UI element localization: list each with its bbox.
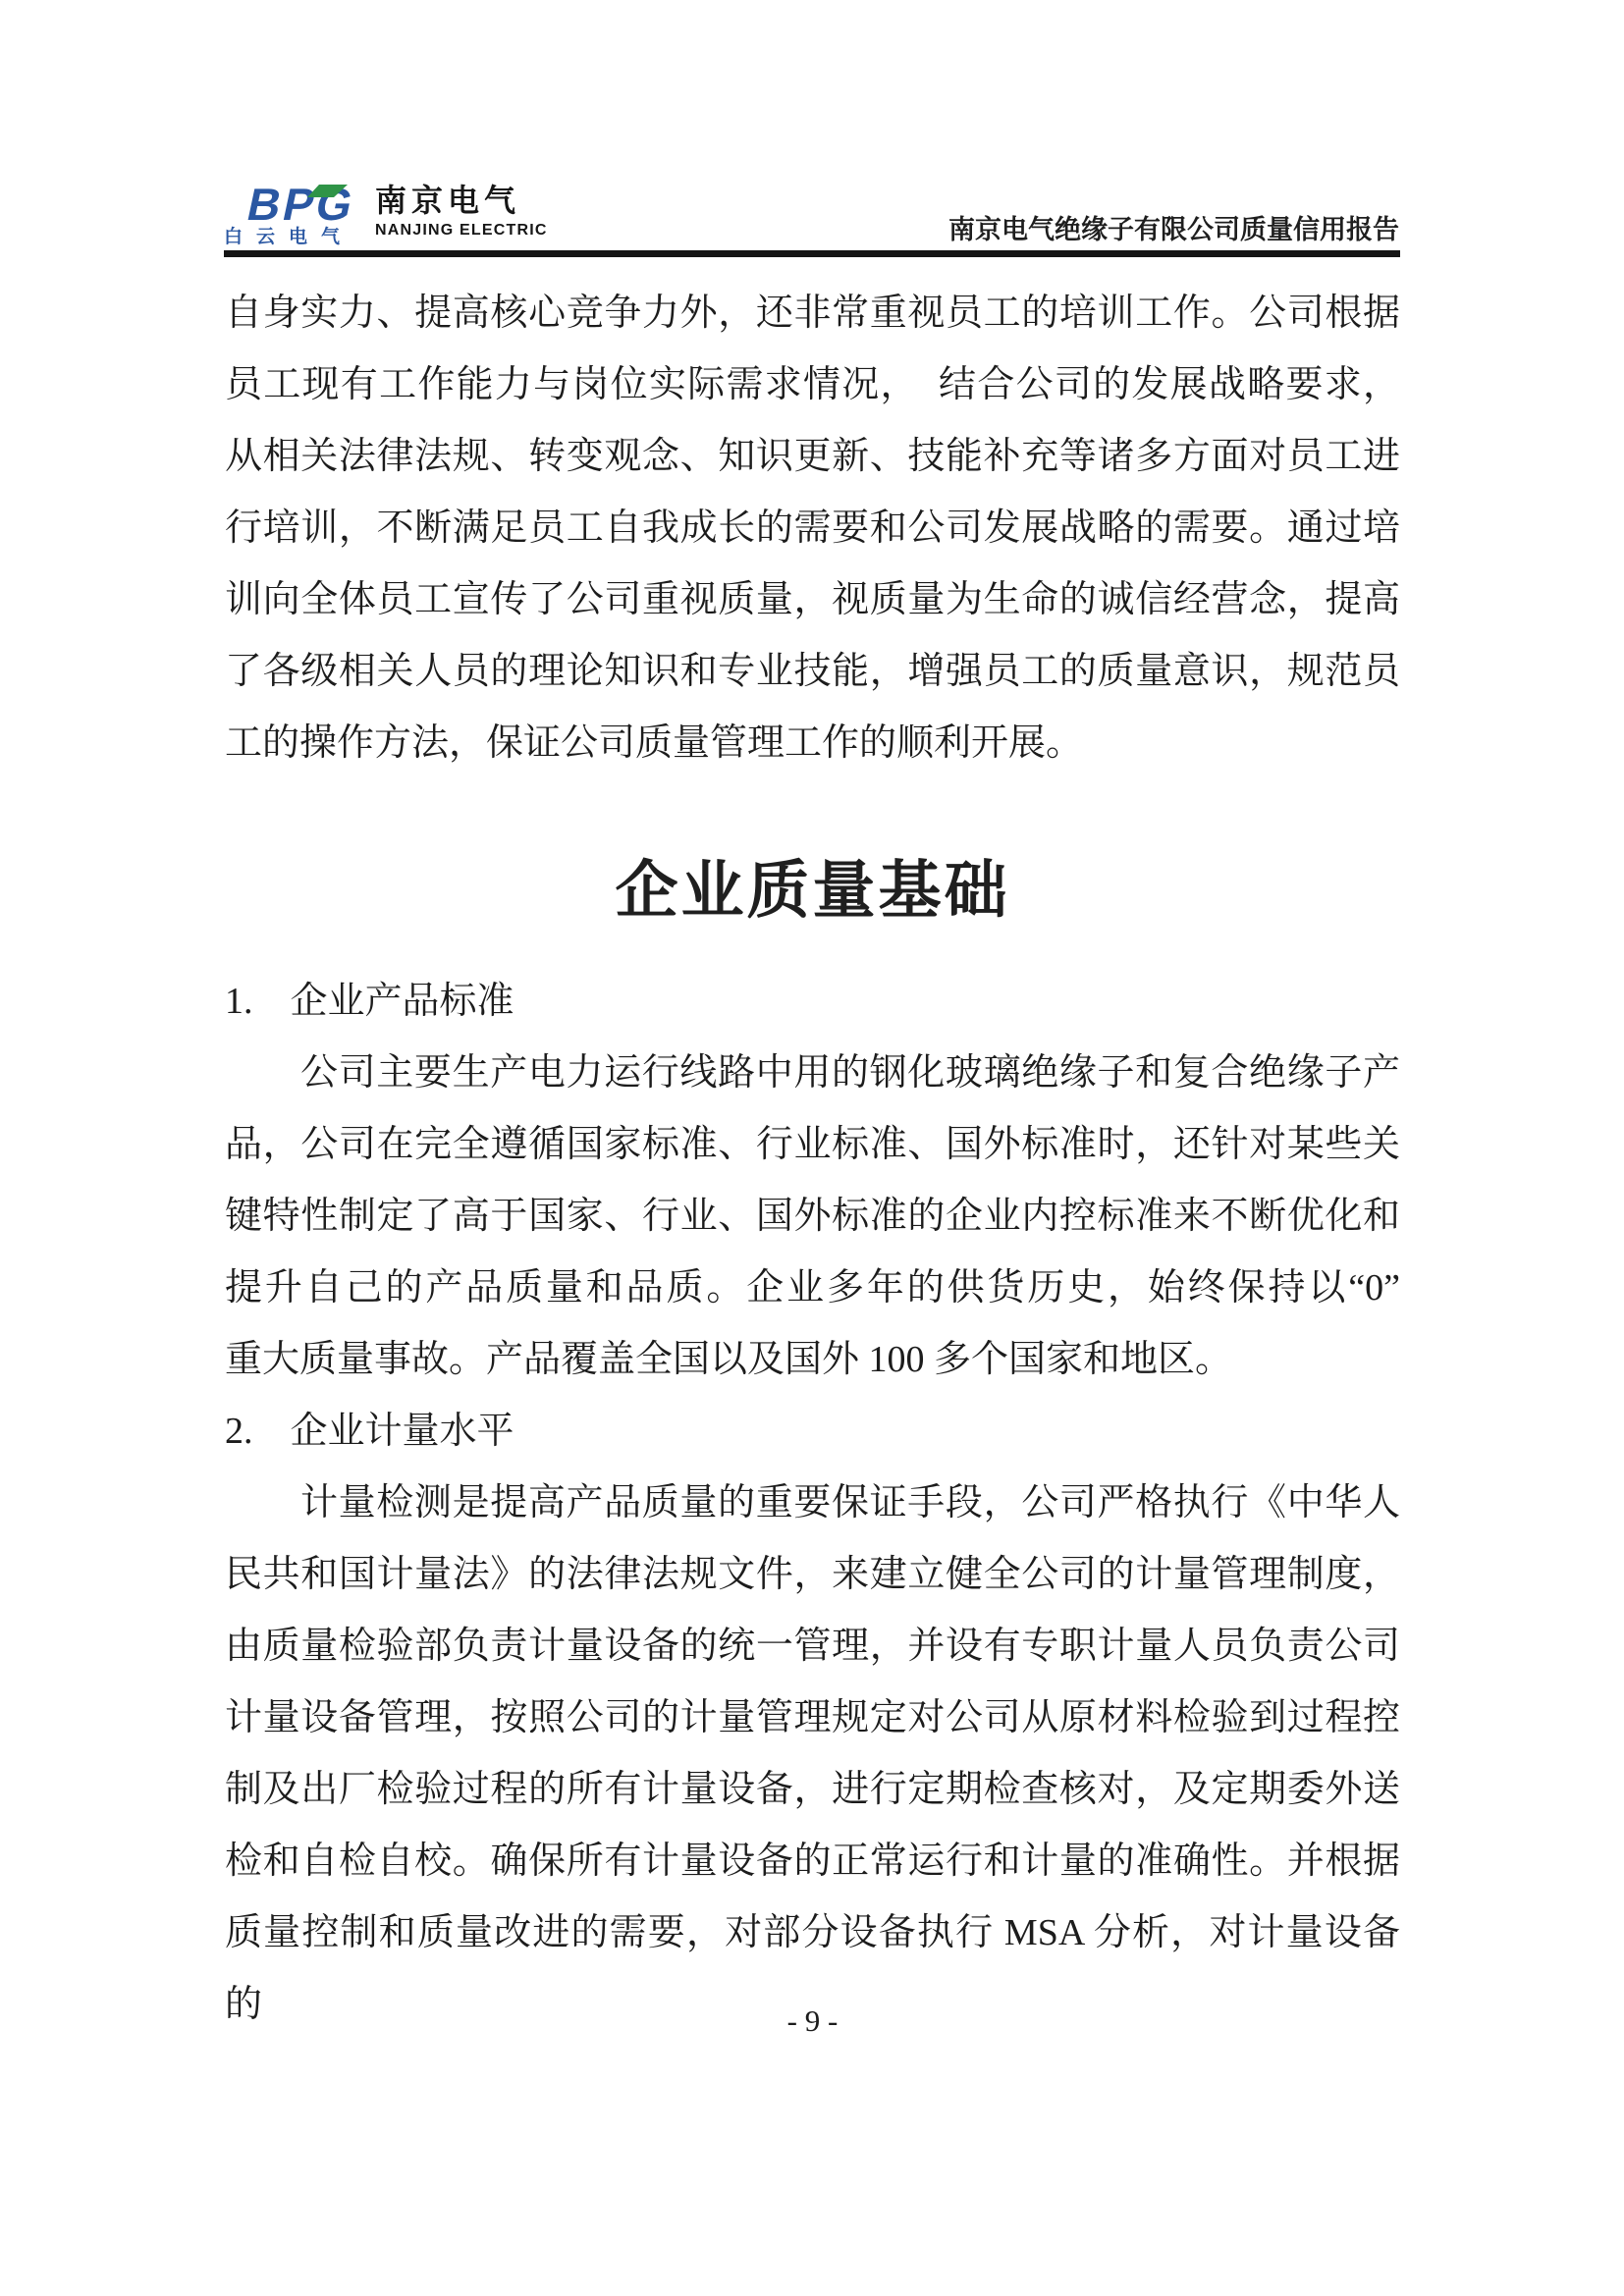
header-rule [224,250,1400,257]
paragraph-line: 制及出厂检验过程的所有计量设备，进行定期检查核对，及定期委外送 [225,1754,1400,1826]
company-name-en: NANJING ELECTRIC [375,223,548,239]
paragraph-line: 公司主要生产电力运行线路中用的钢化玻璃绝缘子和复合绝缘子产 [225,1038,1400,1109]
report-title: 南京电气绝缘子有限公司质量信用报告 [948,216,1399,245]
paragraph-line: 民共和国计量法》的法律法规文件，来建立健全公司的计量管理制度， [225,1539,1400,1611]
paragraph-line: 从相关法律法规、转变观念、知识更新、技能补充等诸多方面对员工进 [225,421,1400,493]
body-text: 自身实力、提高核心竞争力外，还非常重视员工的培训工作。公司根据 员工现有工作能力… [225,278,1400,2056]
paragraph-line: 了各级相关人员的理论知识和专业技能，增强员工的质量意识，规范员 [225,636,1400,708]
paragraph-line: 员工现有工作能力与岗位实际需求情况， 结合公司的发展战略要求， [225,349,1400,421]
document-page: BPG 白云电气 南京电气 NANJING ELECTRIC 南京电气绝缘子有限… [0,0,1624,2296]
paragraph-line: 提升自己的产品质量和品质。企业多年的供货历史，始终保持以“0” [225,1253,1400,1324]
paragraph-line: 检和自检自校。确保所有计量设备的正常运行和计量的准确性。并根据 [225,1826,1400,1897]
section-1-heading: 1. 企业产品标准 [225,966,1400,1038]
page-number: - 9 - [225,1985,1400,2056]
paragraph-line: 训向全体员工宣传了公司重视质量，视质量为生命的诚信经营念，提高 [225,564,1400,636]
paragraph-line: 计量设备管理，按照公司的计量管理规定对公司从原材料检验到过程控 [225,1682,1400,1754]
paragraph-line: 品，公司在完全遵循国家标准、行业标准、国外标准时，还针对某些关 [225,1109,1400,1181]
paragraph-line: 质量控制和质量改进的需要，对部分设备执行 MSA 分析，对计量设备的 [225,1897,1400,1969]
paragraph-line: 自身实力、提高核心竞争力外，还非常重视员工的培训工作。公司根据 [225,278,1400,349]
paragraph-line: 由质量检验部负责计量设备的统一管理，并设有专职计量人员负责公司 [225,1611,1400,1682]
company-name-cn: 南京电气 [375,185,548,216]
company-name-block: 南京电气 NANJING ELECTRIC [375,185,548,239]
main-heading: 企业质量基础 [225,779,1400,966]
paragraph-line: 工的操作方法，保证公司质量管理工作的顺利开展。 [225,708,1400,779]
paragraph-line: 计量检测是提高产品质量的重要保证手段，公司严格执行《中华人 [225,1468,1400,1539]
paragraph-line: 重大质量事故。产品覆盖全国以及国外 100 多个国家和地区。 [225,1324,1400,1396]
paragraph-line: 键特性制定了高于国家、行业、国外标准的企业内控标准来不断优化和 [225,1181,1400,1253]
paragraph-line: 行培训，不断满足员工自我成长的需要和公司发展战略的需要。通过培 [225,493,1400,564]
section-2-heading: 2. 企业计量水平 [225,1396,1400,1468]
logo-subtext-cn: 白云电气 [224,225,353,247]
